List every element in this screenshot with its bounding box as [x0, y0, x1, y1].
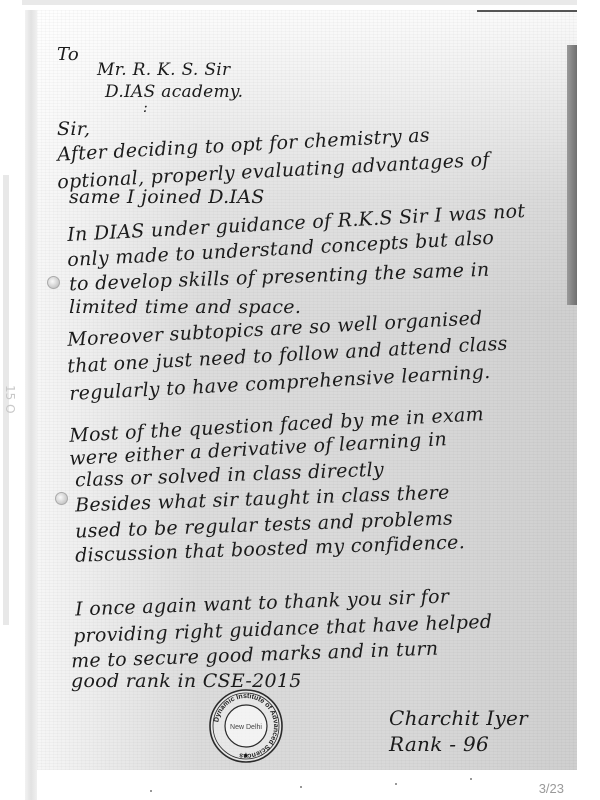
address-recipient: Mr. R. K. S. Sir [97, 60, 230, 80]
page-counter: 3/23 [539, 781, 564, 796]
letter-line: same I joined D.IAS [69, 186, 265, 208]
scan-edge-line [477, 10, 577, 12]
document-viewer: 15 O To Mr. R. K. S. Sir D.IAS academy. … [0, 0, 600, 800]
scan-speck [470, 778, 472, 780]
scan-speck [150, 790, 152, 792]
salutation: Sir, [57, 118, 90, 140]
viewer-top-bar [22, 0, 577, 5]
scan-speck [300, 786, 302, 788]
address-organization: D.IAS academy. [105, 82, 243, 102]
institute-stamp-icon: Dynamic Institute of Advanced Sciences N… [208, 688, 284, 764]
letter-line: limited time and space. [69, 296, 301, 318]
page-edge [25, 10, 37, 800]
address-to: To [57, 44, 79, 65]
punch-hole-icon [55, 492, 68, 505]
signature-block: Charchit Iyer Rank - 96 [389, 705, 528, 757]
scanned-letter-page: To Mr. R. K. S. Sir D.IAS academy. : Sir… [37, 10, 577, 770]
punch-hole-icon [47, 276, 60, 289]
stamp-star-icon: ★ [242, 751, 249, 760]
stamp-inner-text: New Delhi [230, 724, 262, 731]
scan-shadow [567, 45, 577, 305]
signature-name: Charchit Iyer [389, 705, 528, 731]
colon-mark: : [143, 100, 148, 116]
signature-rank: Rank - 96 [389, 731, 528, 757]
side-label: 15 O [4, 385, 16, 414]
scan-speck [395, 783, 397, 785]
